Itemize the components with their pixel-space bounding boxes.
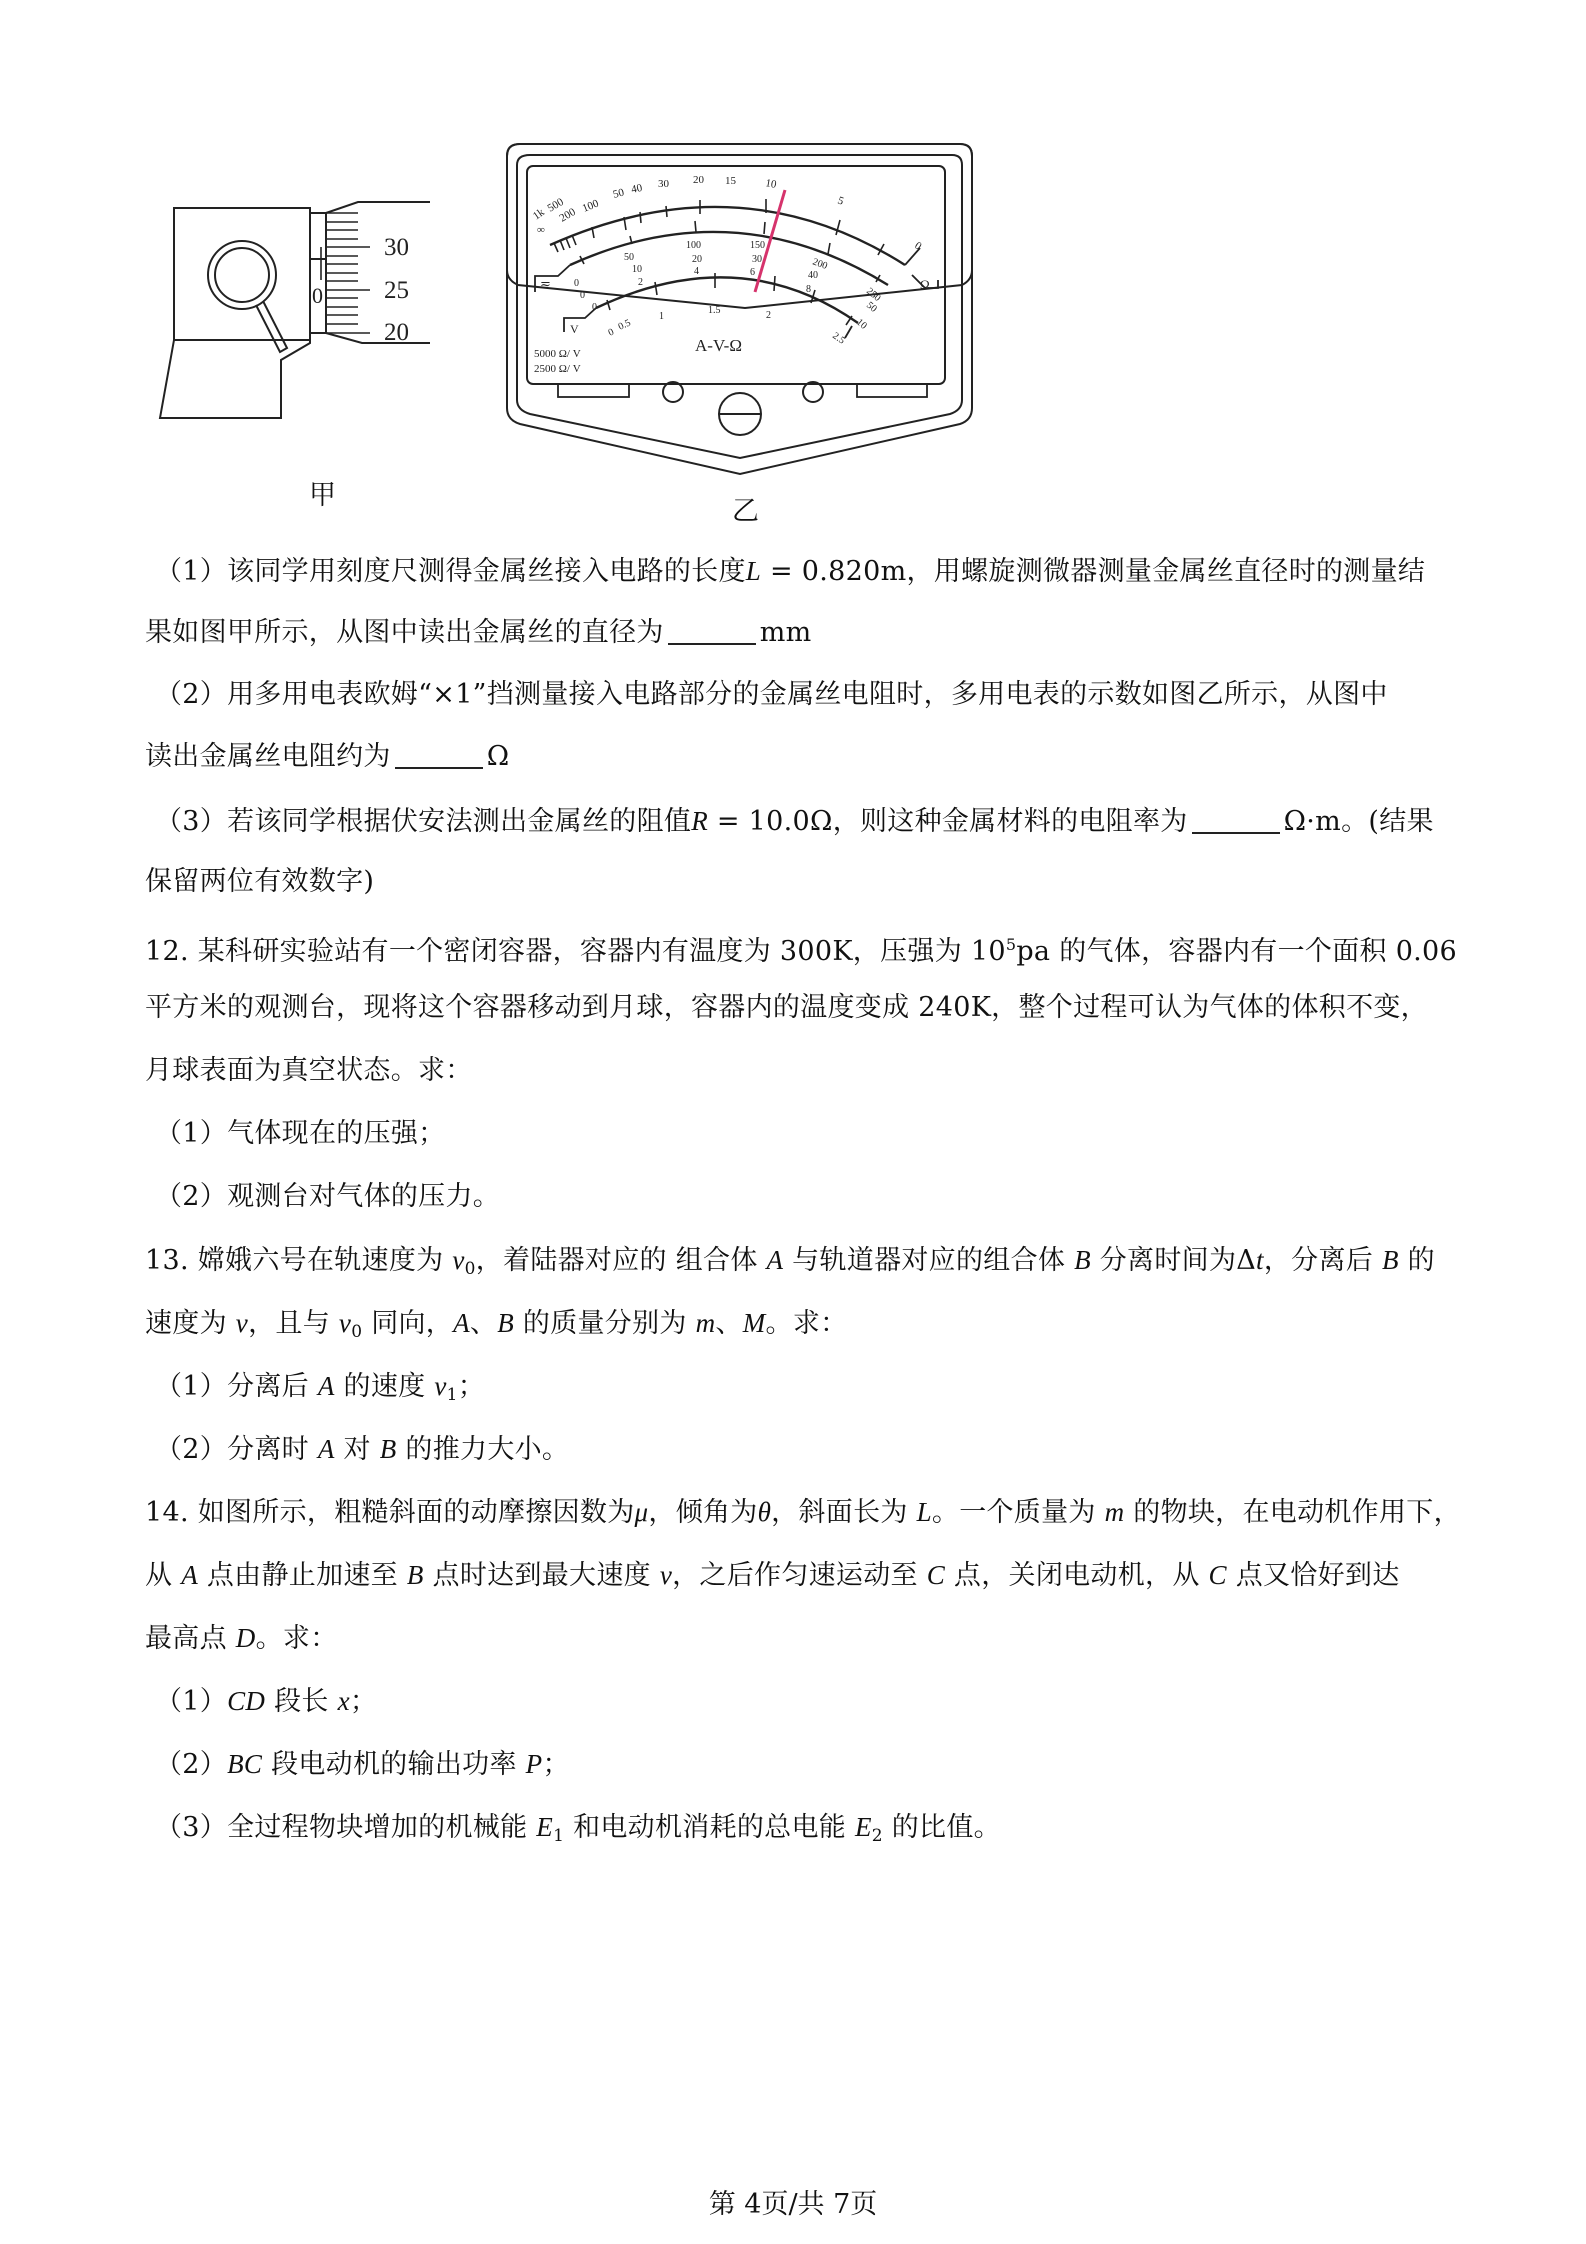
q13-text-e: ，分离后	[1264, 1245, 1382, 1276]
q13-text-m: 。求：	[766, 1308, 848, 1339]
thimble-label-20: 20	[384, 319, 409, 346]
dc3-label-6: 6	[750, 267, 755, 278]
q13-sub1: （1）分离后 A 的速度 v1；	[155, 1366, 485, 1415]
q13-text-b: ，着陆器对应的 组合体	[476, 1245, 767, 1276]
q13-text-d: 分离时间为Δ	[1091, 1245, 1256, 1276]
q14-sub3-text-c: 的比值。	[883, 1812, 1001, 1843]
q13-line1: 13. 嫦娥六号在轨速度为 v0，着陆器对应的 组合体 A 与轨道器对应的组合体…	[145, 1240, 1435, 1289]
q11-part3-text-b: ，则这种金属材料的电阻率为	[833, 806, 1188, 837]
q13-sub2: （2）分离时 A 对 B 的推力大小。	[155, 1429, 569, 1470]
q14-text-a: 14. 如图所示，粗糙斜面的动摩擦因数为	[145, 1497, 635, 1528]
multimeter-figure: ∞ 1k 500 200 100 50 40 30 20 15 10 5 0 Ω…	[500, 140, 980, 480]
ac-label-1: 1	[659, 311, 664, 322]
figure-caption-yi: 乙	[732, 489, 759, 528]
q14-text-c: ，斜面长为	[771, 1497, 916, 1528]
q14-sub3: （3）全过程物块增加的机械能 E1 和电动机消耗的总电能 E2 的比值。	[155, 1807, 1001, 1856]
q11-part2-line2: 读出金属丝电阻约为Ω	[145, 737, 509, 777]
var-B: B	[1074, 1245, 1091, 1275]
q13-text-l: 、	[715, 1308, 742, 1339]
var-A: A	[453, 1308, 470, 1338]
q12-line2: 平方米的观测台，现将这个容器移动到月球，容器内的温度变成 240K，整个过程可认…	[145, 988, 1428, 1028]
q13-text-k: 的质量分别为	[514, 1308, 696, 1339]
var-L: L	[917, 1497, 932, 1527]
q12-text-a: 12. 某科研实验站有一个密闭容器，容器内有温度为 300K，压强为 10	[145, 936, 1006, 967]
var-BC: BC	[227, 1749, 262, 1779]
q14-sub2-text-a: （2）	[155, 1749, 227, 1780]
dc3-label-2: 2	[638, 277, 643, 288]
dc1-label-50: 50	[624, 252, 634, 263]
var-v: v	[660, 1560, 672, 1590]
var-E1: E	[536, 1812, 553, 1842]
q12-sub1: （1）气体现在的压强；	[155, 1114, 445, 1154]
dc3-label-4: 4	[694, 266, 699, 277]
sub-0: 0	[465, 1259, 476, 1279]
var-m: m	[696, 1308, 716, 1338]
meter-center-label: A-V-Ω	[695, 336, 742, 355]
var-E2: E	[855, 1812, 872, 1842]
var-v0: v	[452, 1245, 464, 1275]
q11-part2-text: 读出金属丝电阻约为	[145, 741, 391, 772]
var-v1: v	[434, 1371, 446, 1401]
var-C: C	[927, 1560, 945, 1590]
q14-text-j: 点，关闭电动机，从	[945, 1560, 1208, 1591]
sub-2: 2	[872, 1826, 883, 1846]
ohm-label-50: 50	[612, 186, 626, 201]
q13-text-a: 13. 嫦娥六号在轨速度为	[145, 1245, 452, 1276]
q14-text-g: 点由静止加速至	[198, 1560, 407, 1591]
sub-1: 1	[447, 1385, 458, 1405]
q14-text-b: ，倾角为	[648, 1497, 757, 1528]
var-A: A	[767, 1245, 784, 1275]
q11-part1-text-c: 果如图甲所示，从图中读出金属丝的直径为	[145, 617, 664, 648]
q14-sub1: （1）CD 段长 x；	[155, 1681, 377, 1722]
q11-part3-line2: 保留两位有效数字)	[145, 862, 374, 902]
answer-blank-diameter[interactable]	[668, 615, 756, 645]
ohm-label-30: 30	[658, 178, 670, 190]
q11-part1-line2: 果如图甲所示，从图中读出金属丝的直径为mm	[145, 613, 812, 653]
var-v0: v	[339, 1308, 351, 1338]
unit-ohm-m: Ω·m	[1284, 806, 1341, 837]
dc2-label-20: 20	[692, 254, 702, 265]
var-v: v	[236, 1308, 248, 1338]
ac-label-1.5: 1.5	[708, 305, 721, 316]
ohm-label-inf: ∞	[537, 224, 545, 236]
q11-part2-line1: （2）用多用电表欧姆“×1”挡测量接入电路部分的金属丝电阻时，多用电表的示数如图…	[155, 675, 1388, 715]
figure-caption-jia: 甲	[309, 473, 336, 512]
page-number-footer: 第 4页/共 7页	[0, 2182, 1586, 2221]
ohm-label-20: 20	[693, 174, 705, 186]
q14-sub3-text-a: （3）全过程物块增加的机械能	[155, 1812, 536, 1843]
q12-line3: 月球表面为真空状态。求：	[145, 1051, 473, 1091]
var-C: C	[1209, 1560, 1227, 1590]
sub-1: 1	[553, 1826, 564, 1846]
var-B: B	[380, 1434, 397, 1464]
q12-sub2: （2）观测台对气体的压力。	[155, 1177, 500, 1217]
q14-sub2-text-b: 段电动机的输出功率	[262, 1749, 525, 1780]
var-A: A	[181, 1560, 198, 1590]
q11-part1-text-a: （1）该同学用刻度尺测得金属丝接入电路的长度	[155, 556, 746, 587]
q13-text-i: 同向，	[362, 1308, 453, 1339]
sleeve-zero-label: 0	[312, 283, 323, 308]
sub-0: 0	[351, 1322, 362, 1342]
var-x: x	[338, 1686, 350, 1716]
q13-sub2-text-c: 的推力大小。	[397, 1434, 570, 1465]
ohm-label-10: 10	[764, 177, 777, 191]
q14-text-k: 点又恰好到达	[1227, 1560, 1400, 1591]
var-L: L	[746, 556, 761, 586]
q11-part3-eq: = 10.0Ω	[708, 806, 833, 837]
q14-line1: 14. 如图所示，粗糙斜面的动摩擦因数为μ，倾角为θ，斜面长为 L。一个质量为 …	[145, 1492, 1461, 1533]
dc1-label-100: 100	[686, 240, 701, 251]
q11-part3-line1: （3）若该同学根据伏安法测出金属丝的阻值R = 10.0Ω，则这种金属材料的电阻…	[155, 801, 1434, 842]
q14-text-f: 从	[145, 1560, 181, 1591]
var-B: B	[407, 1560, 424, 1590]
var-P: P	[526, 1749, 543, 1779]
unit-mm: mm	[760, 617, 812, 648]
q13-text-h: ，且与	[248, 1308, 339, 1339]
dc2-label-40: 40	[808, 270, 818, 281]
q12-exponent: 5	[1006, 935, 1016, 954]
dc2-label-0: 0	[580, 290, 585, 301]
var-theta: θ	[758, 1497, 772, 1527]
q14-sub2: （2）BC 段电动机的输出功率 P；	[155, 1744, 570, 1785]
dc3-label-8: 8	[806, 284, 811, 295]
q13-text-g: 速度为	[145, 1308, 236, 1339]
dc2-label-10: 10	[632, 264, 642, 275]
thimble-label-30: 30	[384, 234, 409, 261]
q14-sub2-text-c: ；	[542, 1749, 569, 1780]
ac-symbol: ≂	[540, 276, 551, 291]
dc1-label-150: 150	[750, 240, 765, 251]
q14-line2: 从 A 点由静止加速至 B 点时达到最大速度 v，之后作匀速运动至 C 点，关闭…	[145, 1555, 1400, 1596]
ohm-label-15: 15	[725, 175, 737, 187]
q14-line3: 最高点 D。求：	[145, 1618, 338, 1659]
unit-ohm: Ω	[487, 741, 510, 772]
q13-sub1-text-b: 的速度	[335, 1371, 435, 1402]
q13-line2: 速度为 v，且与 v0 同向，A、B 的质量分别为 m、M。求：	[145, 1303, 847, 1352]
q11-part1-eq: = 0.820m	[761, 556, 906, 587]
var-CD: CD	[227, 1686, 265, 1716]
q14-text-l: 最高点	[145, 1623, 236, 1654]
q14-text-i: ，之后作匀速运动至	[672, 1560, 927, 1591]
var-B: B	[1382, 1245, 1399, 1275]
q14-text-d: 。一个质量为	[932, 1497, 1105, 1528]
ohm-label-1k: 1k	[531, 206, 547, 222]
q13-sub1-text-a: （1）分离后	[155, 1371, 318, 1402]
ac-label-2: 2	[766, 310, 771, 321]
dc1-label-0: 0	[574, 278, 579, 289]
dc2-label-30: 30	[752, 254, 762, 265]
var-B: B	[497, 1308, 514, 1338]
q14-sub3-text-b: 和电动机消耗的总电能	[564, 1812, 855, 1843]
var-D: D	[236, 1623, 256, 1653]
sensitivity-line-1: 5000 Ω/ V	[534, 348, 581, 360]
q13-text-c: 与轨道器对应的组合体	[783, 1245, 1074, 1276]
var-M: M	[743, 1308, 766, 1338]
q11-part1-text-b: ，用螺旋测微器测量金属丝直径时的测量结	[907, 556, 1426, 587]
q11-part1-line1: （1）该同学用刻度尺测得金属丝接入电路的长度L = 0.820m，用螺旋测微器测…	[155, 551, 1425, 592]
q13-text-f: 的	[1399, 1245, 1435, 1276]
ohm-label-100: 100	[581, 197, 601, 214]
v-symbol: V	[570, 322, 579, 336]
ohm-unit-label: Ω	[920, 277, 930, 292]
q11-part3-text-c: 。(结果	[1341, 806, 1434, 837]
q13-sub1-text-c: ；	[458, 1371, 485, 1402]
answer-blank-resistivity[interactable]	[1192, 804, 1280, 834]
var-A: A	[318, 1371, 335, 1401]
ohm-label-5: 5	[836, 195, 846, 208]
var-m: m	[1105, 1497, 1125, 1527]
ac-label-0.5: 0.5	[617, 317, 633, 332]
ac-label-0: 0	[607, 327, 616, 339]
q13-text-j: 、	[470, 1308, 497, 1339]
var-mu: μ	[635, 1497, 649, 1527]
q11-part3-text-a: （3）若该同学根据伏安法测出金属丝的阻值	[155, 806, 691, 837]
q12-line1: 12. 某科研实验站有一个密闭容器，容器内有温度为 300K，压强为 105pa…	[145, 925, 1457, 972]
q14-text-m: 。求：	[256, 1623, 338, 1654]
q13-sub2-text-a: （2）分离时	[155, 1434, 318, 1465]
var-R: R	[691, 806, 708, 836]
q14-text-h: 点时达到最大速度	[424, 1560, 660, 1591]
var-A: A	[318, 1434, 335, 1464]
dc3-label-10: 10	[854, 317, 869, 332]
q12-text-b: pa 的气体，容器内有一个面积 0.06	[1016, 936, 1457, 967]
micrometer-figure: 0 30 25 20	[140, 180, 460, 420]
dc3-label-0: 0	[592, 302, 597, 313]
ac-label-2.5: 2.5	[830, 330, 847, 346]
q14-sub1-text-a: （1）	[155, 1686, 227, 1717]
sensitivity-line-2: 2500 Ω/ V	[534, 363, 581, 375]
q13-sub2-text-b: 对	[335, 1434, 380, 1465]
q14-sub1-text-c: ；	[350, 1686, 377, 1717]
ohm-label-40: 40	[630, 182, 644, 196]
q14-sub1-text-b: 段长	[265, 1686, 337, 1717]
thimble-label-25: 25	[384, 277, 409, 304]
var-t: t	[1256, 1245, 1264, 1275]
q14-text-e: 的物块，在电动机作用下，	[1124, 1497, 1460, 1528]
answer-blank-resistance[interactable]	[395, 739, 483, 769]
